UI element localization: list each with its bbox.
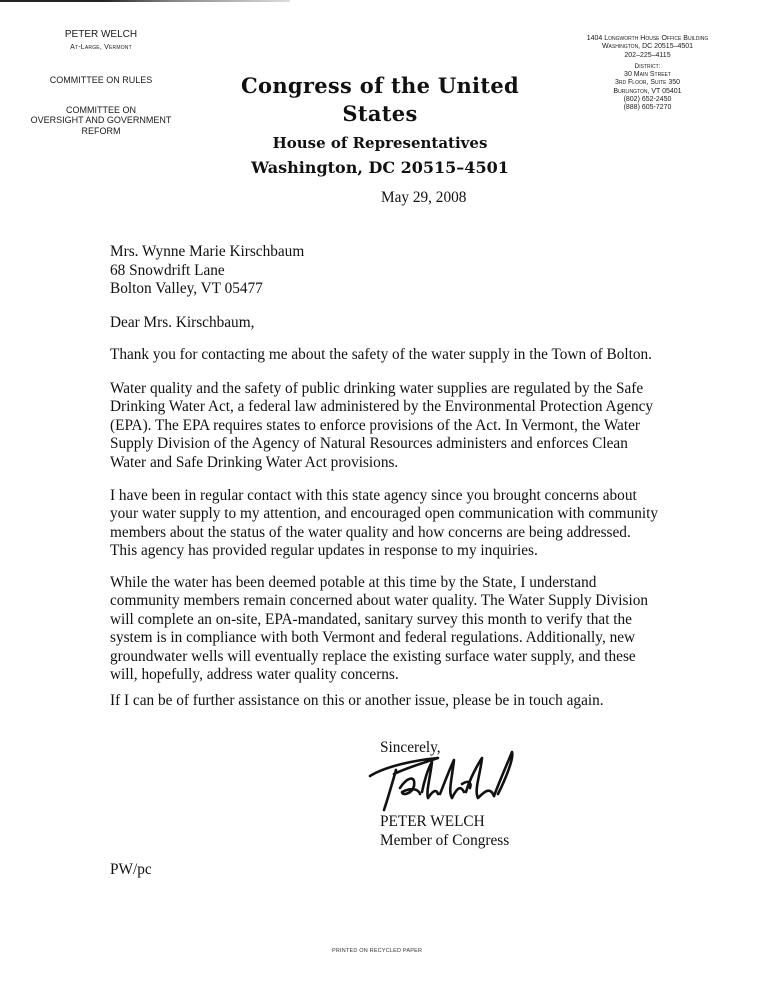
signer-title: Member of Congress (380, 832, 509, 851)
district-office-line2: 3rd Floor, Suite 350 (560, 79, 735, 87)
district-label: District: (560, 63, 735, 71)
signer-block: PETER WELCH Member of Congress (380, 813, 509, 850)
signature-icon (366, 748, 516, 818)
body-paragraph-2: Water quality and the safety of public d… (110, 380, 670, 472)
dc-office-phone: 202–225–4115 (560, 52, 735, 60)
recipient-city: Bolton Valley, VT 05477 (110, 280, 304, 299)
body-paragraph-3: I have been in regular contact with this… (110, 487, 670, 561)
salutation: Dear Mrs. Kirschbaum, (110, 314, 254, 332)
recipient-address: Mrs. Wynne Marie Kirschbaum 68 Snowdrift… (110, 243, 304, 299)
district-office-phone2: (888) 605-7270 (560, 104, 735, 112)
district-office-line3: Burlington, VT 05401 (560, 88, 735, 96)
body-paragraph-4: While the water has been deemed potable … (110, 574, 670, 684)
recipient-name: Mrs. Wynne Marie Kirschbaum (110, 243, 304, 262)
masthead-house: House of Representatives (215, 132, 545, 154)
body-paragraph-5: If I can be of further assistance on thi… (110, 692, 670, 710)
masthead: Congress of the United States House of R… (215, 72, 545, 179)
member-name: PETER WELCH (0, 30, 202, 41)
committee-rules: COMMITTEE ON RULES (0, 75, 202, 86)
typist-initials: PW/pc (110, 861, 152, 879)
dc-office-line2: Washington, DC 20515–4501 (560, 43, 735, 51)
letter-date: May 29, 2008 (381, 189, 466, 207)
district-office-line1: 30 Main Street (560, 71, 735, 79)
committee-oversight-line1: COMMITTEE ON (0, 105, 202, 116)
masthead-congress: Congress of the United States (215, 72, 545, 128)
committee-oversight: COMMITTEE ON OVERSIGHT AND GOVERNMENT RE… (0, 105, 202, 137)
footer-recycled-note: PRINTED ON RECYCLED PAPER (332, 948, 422, 954)
district-office-phone1: (802) 652-2450 (560, 96, 735, 104)
scan-edge-artifact (0, 0, 290, 2)
committee-oversight-line2: OVERSIGHT AND GOVERNMENT (0, 115, 202, 126)
recipient-street: 68 Snowdrift Lane (110, 262, 304, 281)
signer-name: PETER WELCH (380, 813, 509, 832)
body-paragraph-1: Thank you for contacting me about the sa… (110, 346, 670, 364)
dc-office-line1: 1404 Longworth House Office Building (560, 35, 735, 43)
letterhead-right-column: 1404 Longworth House Office Building Was… (560, 35, 735, 113)
committee-oversight-line3: REFORM (0, 126, 202, 137)
member-district: At-Large, Vermont (0, 43, 202, 54)
masthead-address: Washington, DC 20515–4501 (215, 157, 545, 179)
letterhead-left-column: PETER WELCH At-Large, Vermont COMMITTEE … (0, 30, 202, 136)
